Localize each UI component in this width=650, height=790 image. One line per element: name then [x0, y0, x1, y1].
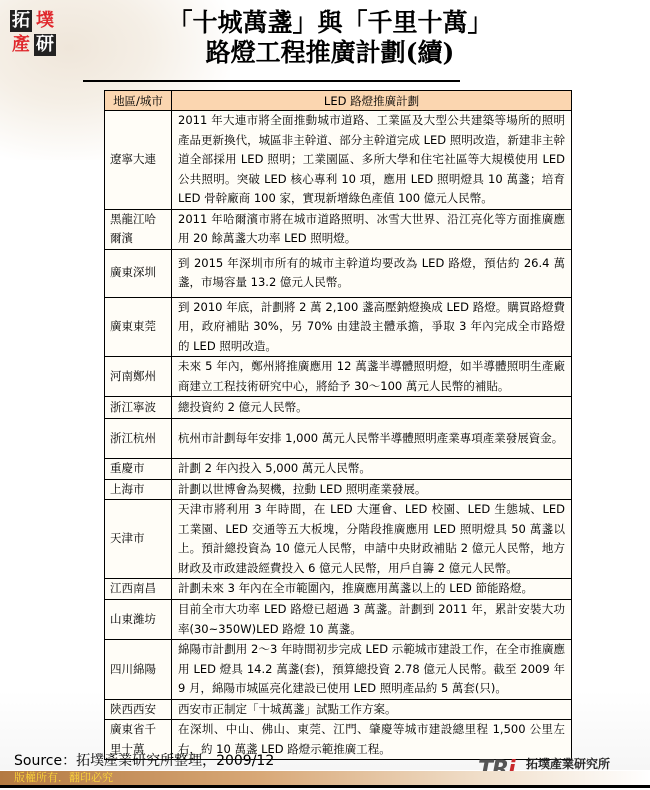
table-row: 陝西西安 西安市正制定「十城萬盞」試點工作方案。 — [105, 699, 572, 720]
plan-cell: 天津市將利用 3 年時間，在 LED 大運會、LED 校園、LED 生態城、LE… — [172, 500, 572, 579]
plan-cell: 到 2010 年底，計劃將 2 萬 2,100 盞高壓鈉燈換成 LED 路燈。購… — [172, 297, 572, 357]
plan-cell: 計劃未來 3 年內在全市範圍內，推廣應用萬盞以上的 LED 節能路燈。 — [172, 579, 572, 600]
plan-cell: 目前全市大功率 LED 路燈已超過 3 萬盞。計劃到 2011 年，累計安裝大功… — [172, 600, 572, 640]
table-row: 浙江杭州 杭州市計劃每年安排 1,000 萬元人民幣半導體照明產業專項產業發展資… — [105, 419, 572, 459]
table-row: 天津市 天津市將利用 3 年時間，在 LED 大運會、LED 校園、LED 生態… — [105, 500, 572, 579]
plan-cell: 未來 5 年內，鄭州將推廣應用 12 萬盞半導體照明燈，如半導體照明生產廠商建立… — [172, 357, 572, 397]
city-cell: 浙江杭州 — [105, 419, 172, 459]
city-cell: 山東濰坊 — [105, 600, 172, 640]
table-row: 遼寧大連 2011 年大連市將全面推動城市道路、工業區及大型公共建築等場所的照明… — [105, 111, 572, 210]
title-divider — [83, 80, 460, 82]
plan-cell: 2011 年大連市將全面推動城市道路、工業區及大型公共建築等場所的照明產品更新換… — [172, 111, 572, 210]
table-row: 四川綿陽 綿陽市計劃用 2～3 年時間初步完成 LED 示範城市建設工作，在全市… — [105, 640, 572, 700]
table-row: 浙江寧波 總投資約 2 億元人民幣。 — [105, 397, 572, 419]
table-row: 山東濰坊 目前全市大功率 LED 路燈已超過 3 萬盞。計劃到 2011 年，累… — [105, 600, 572, 640]
plan-cell: 計劃以世博會為契機，拉動 LED 照明產業發展。 — [172, 479, 572, 500]
logo-char: 墣 — [34, 10, 56, 32]
plan-cell: 2011 年哈爾濱市將在城市道路照明、冰雪大世界、沿江亮化等方面推廣應用 20 … — [172, 209, 572, 249]
city-cell: 遼寧大連 — [105, 111, 172, 210]
city-cell: 廣東深圳 — [105, 249, 172, 297]
table-row: 廣東東莞 到 2010 年底，計劃將 2 萬 2,100 盞高壓鈉燈換成 LED… — [105, 297, 572, 357]
logo-char: 研 — [34, 34, 56, 56]
table-row: 重慶市 計劃 2 年內投入 5,000 萬元人民幣。 — [105, 459, 572, 480]
column-header-plan: LED 路燈推廣計劃 — [172, 91, 572, 111]
logo-char: 拓 — [10, 10, 32, 32]
plan-cell: 杭州市計劃每年安排 1,000 萬元人民幣半導體照明產業專項產業發展資金。 — [172, 419, 572, 459]
city-cell: 浙江寧波 — [105, 397, 172, 419]
table-row: 河南鄭州 未來 5 年內，鄭州將推廣應用 12 萬盞半導體照明燈，如半導體照明生… — [105, 357, 572, 397]
source-citation: Source：拓墣產業研究所整理，2009/12 — [14, 752, 274, 770]
plan-cell: 到 2015 年深圳市所有的城市主幹道均要改為 LED 路燈，預估約 26.4 … — [172, 249, 572, 297]
topology-logo: 拓 墣 產 研 — [10, 10, 56, 56]
footer-rule — [0, 785, 650, 788]
logo-char: 產 — [10, 34, 32, 56]
table-row: 上海市 計劃以世博會為契機，拉動 LED 照明產業發展。 — [105, 479, 572, 500]
city-cell: 江西南昌 — [105, 579, 172, 600]
city-cell: 廣東東莞 — [105, 297, 172, 357]
title-line-1: 「十城萬盞」與「千里十萬」 — [120, 8, 540, 38]
led-streetlight-plan-table: 地區/城市 LED 路燈推廣計劃 遼寧大連 2011 年大連市將全面推動城市道路… — [104, 90, 572, 760]
plan-cell: 計劃 2 年內投入 5,000 萬元人民幣。 — [172, 459, 572, 480]
plan-cell: 總投資約 2 億元人民幣。 — [172, 397, 572, 419]
title-line-2: 路燈工程推廣計劃(續) — [120, 38, 540, 68]
city-cell: 黑龍江哈爾濱 — [105, 209, 172, 249]
copyright-notice: 版權所有．翻印必究 — [14, 771, 113, 785]
table-row: 廣東深圳 到 2015 年深圳市所有的城市主幹道均要改為 LED 路燈，預估約 … — [105, 249, 572, 297]
table-row: 黑龍江哈爾濱 2011 年哈爾濱市將在城市道路照明、冰雪大世界、沿江亮化等方面推… — [105, 209, 572, 249]
tri-name-chinese: 拓墣產業研究所 — [526, 757, 610, 771]
city-cell: 四川綿陽 — [105, 640, 172, 700]
plan-cell: 西安市正制定「十城萬盞」試點工作方案。 — [172, 699, 572, 720]
slide-title: 「十城萬盞」與「千里十萬」 路燈工程推廣計劃(續) — [120, 8, 540, 68]
city-cell: 天津市 — [105, 500, 172, 579]
table-row: 江西南昌 計劃未來 3 年內在全市範圍內，推廣應用萬盞以上的 LED 節能路燈。 — [105, 579, 572, 600]
city-cell: 河南鄭州 — [105, 357, 172, 397]
column-header-city: 地區/城市 — [105, 91, 172, 111]
plan-cell: 綿陽市計劃用 2～3 年時間初步完成 LED 示範城市建設工作，在全市推廣應用 … — [172, 640, 572, 700]
footer-bar: 版權所有．翻印必究 — [0, 771, 650, 785]
city-cell: 陝西西安 — [105, 699, 172, 720]
table-header-row: 地區/城市 LED 路燈推廣計劃 — [105, 91, 572, 111]
city-cell: 上海市 — [105, 479, 172, 500]
city-cell: 重慶市 — [105, 459, 172, 480]
